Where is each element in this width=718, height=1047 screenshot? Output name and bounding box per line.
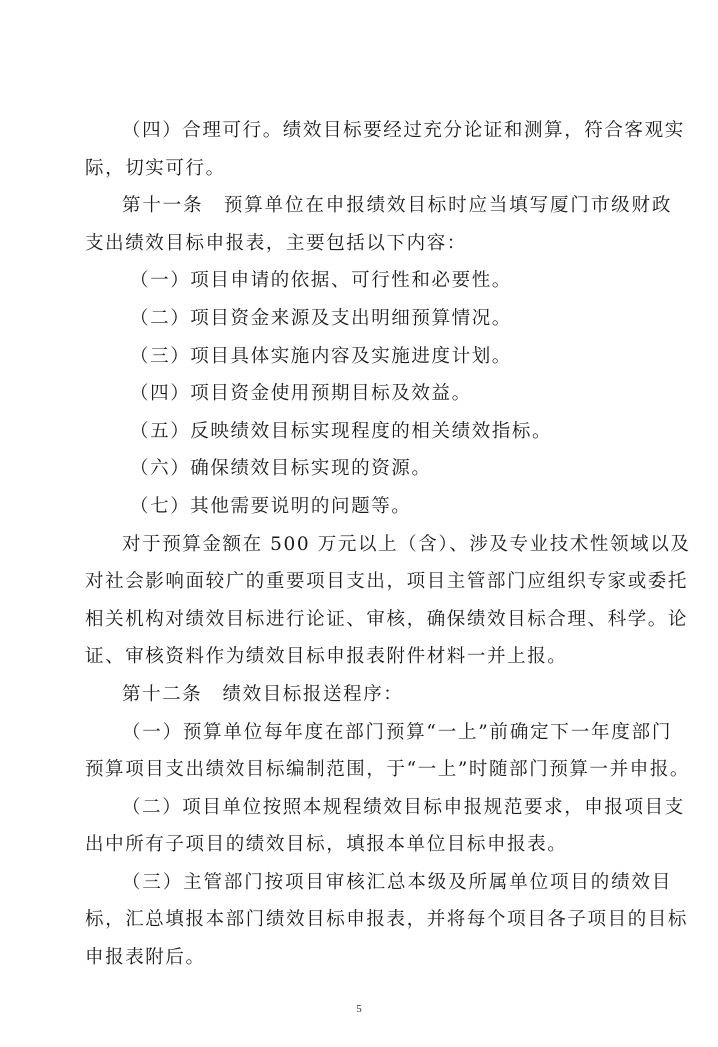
paragraph-line: 支出绩效目标申报表，主要包括以下内容：: [85, 225, 672, 263]
list-item: （二）项目资金来源及支出明细预算情况。: [85, 300, 672, 338]
paragraph-line: 预算项目支出绩效目标编制范围，于“一上”时随部门预算一并申报。: [85, 751, 672, 789]
article-12-heading: 第十二条 绩效目标报送程序：: [85, 676, 672, 714]
list-item: （四）项目资金使用预期目标及效益。: [85, 375, 672, 413]
paragraph-line: 标，汇总填报本部门绩效目标申报表，并将每个项目各子项目的目标: [85, 901, 672, 939]
page-number: 5: [0, 1003, 718, 1015]
paragraph-line: 际，切实可行。: [85, 150, 672, 188]
paragraph-line: （一）预算单位每年度在部门预算“一上”前确定下一年度部门: [85, 714, 672, 752]
list-item: （六）确保绩效目标实现的资源。: [85, 450, 672, 488]
list-item: （七）其他需要说明的问题等。: [85, 488, 672, 526]
paragraph-line: 申报表附后。: [85, 939, 672, 977]
paragraph-line: 对于预算金额在 500 万元以上（含）、涉及专业技术性领域以及: [85, 526, 672, 564]
article-11-heading: 第十一条 预算单位在申报绩效目标时应当填写厦门市级财政: [85, 187, 672, 225]
list-item: （一）项目申请的依据、可行性和必要性。: [85, 262, 672, 300]
document-page: （四）合理可行。绩效目标要经过充分论证和测算，符合客观实 际，切实可行。 第十一…: [85, 112, 672, 977]
paragraph-line: （三）主管部门按项目审核汇总本级及所属单位项目的绩效目: [85, 864, 672, 902]
paragraph-line: （四）合理可行。绩效目标要经过充分论证和测算，符合客观实: [85, 112, 672, 150]
paragraph-line: 出中所有子项目的绩效目标，填报本单位目标申报表。: [85, 826, 672, 864]
list-item: （五）反映绩效目标实现程度的相关绩效指标。: [85, 413, 672, 451]
paragraph-line: （二）项目单位按照本规程绩效目标申报规范要求，申报项目支: [85, 789, 672, 827]
paragraph-line: 证、审核资料作为绩效目标申报表附件材料一并上报。: [85, 638, 672, 676]
list-item: （三）项目具体实施内容及实施进度计划。: [85, 338, 672, 376]
paragraph-line: 相关机构对绩效目标进行论证、审核，确保绩效目标合理、科学。论: [85, 601, 672, 639]
paragraph-line: 对社会影响面较广的重要项目支出，项目主管部门应组织专家或委托: [85, 563, 672, 601]
